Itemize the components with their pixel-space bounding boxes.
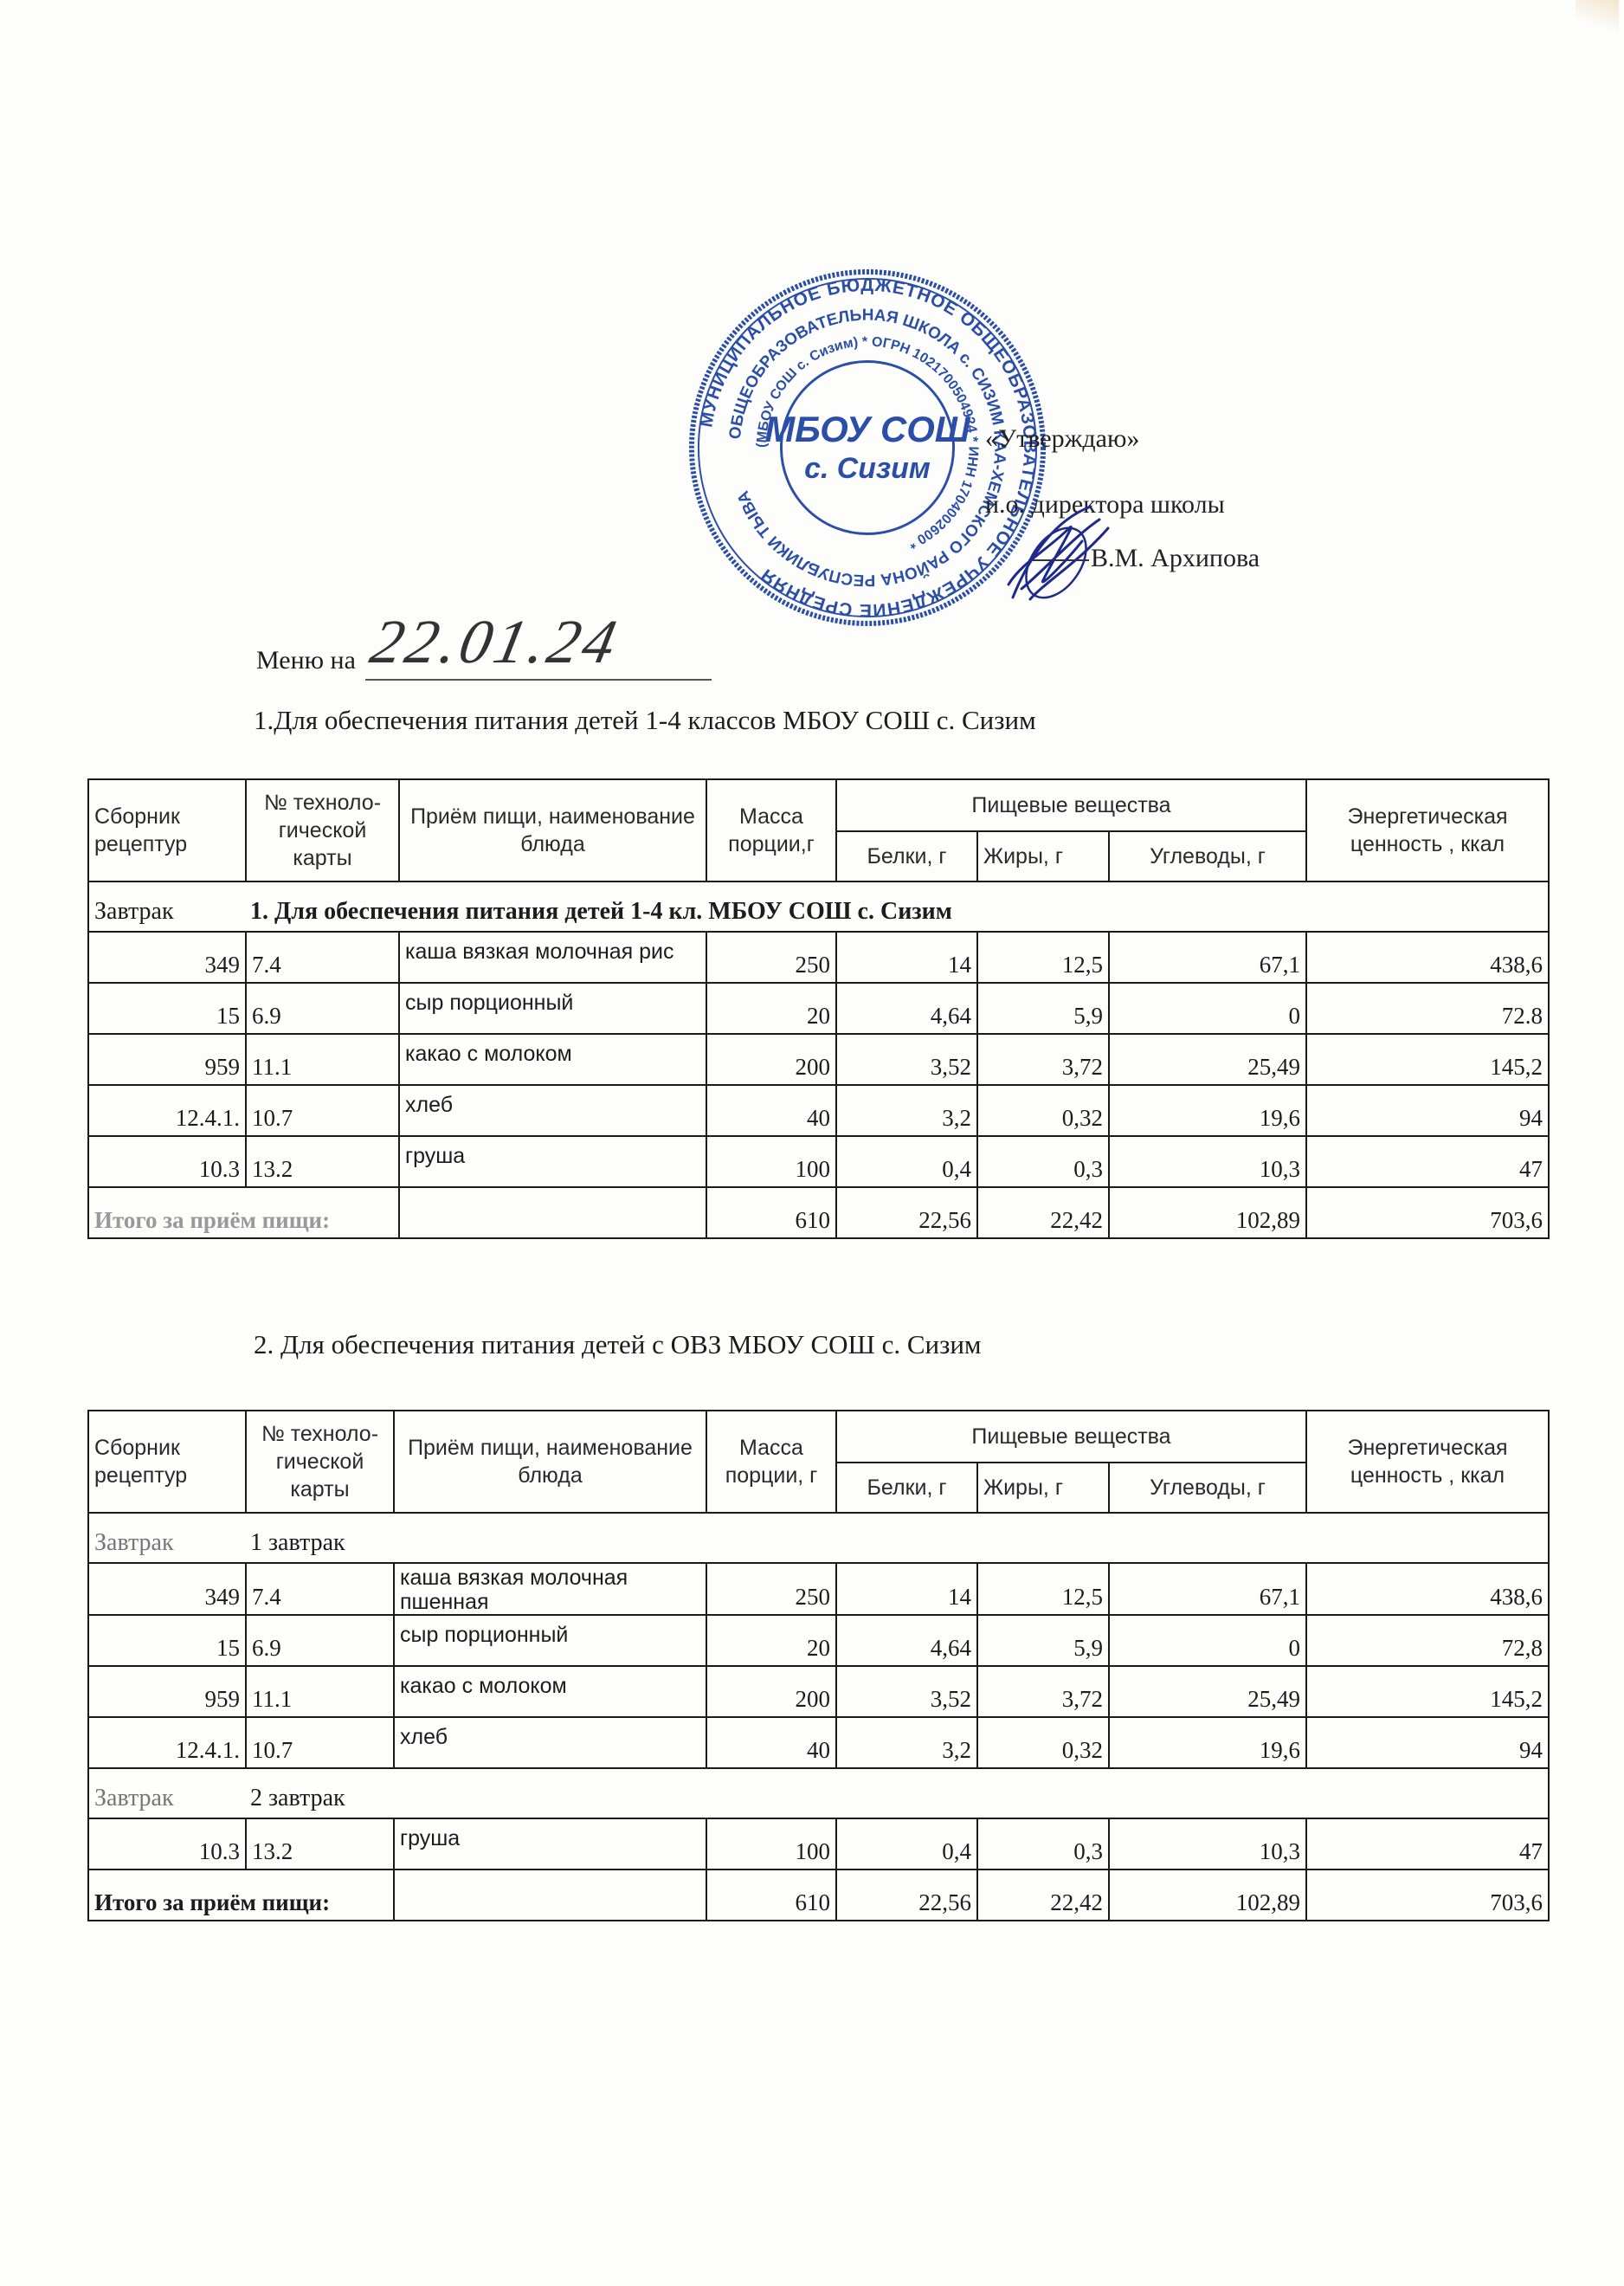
col-nutrients: Пищевые вещества — [836, 779, 1306, 831]
cell-carbs: 19,6 — [1109, 1717, 1306, 1768]
cell-fats: 3,72 — [977, 1666, 1109, 1717]
col-meal-dish: Приём пищи, наименование блюда — [399, 779, 706, 881]
section-label: 1 завтрак — [250, 1529, 345, 1556]
menu-date: 22.01.24 — [364, 606, 626, 678]
total-blank — [399, 1187, 706, 1238]
cell-carbs: 67,1 — [1109, 1563, 1306, 1615]
col-energy: Энергетическая ценность , ккал — [1306, 779, 1549, 881]
cell-dish: хлеб — [394, 1717, 706, 1768]
cell-mass: 20 — [706, 1615, 836, 1666]
cell-proteins: 14 — [836, 932, 977, 983]
cell-carbs: 10,3 — [1109, 1136, 1306, 1187]
table-row: 156.9сыр порционный204,645,9072,8 — [88, 1615, 1549, 1666]
col-fats: Жиры, г — [977, 831, 1109, 881]
table-row: 3497.4каша вязкая молочная пшенная250141… — [88, 1563, 1549, 1615]
total-label: Итого за приём пищи: — [88, 1187, 399, 1238]
cell-collection: 12.4.1. — [88, 1717, 246, 1768]
table1-title: 1.Для обеспечения питания детей 1-4 клас… — [254, 705, 1036, 736]
section-row-2: Завтрак2 завтрак — [88, 1768, 1549, 1818]
cell-fats: 0,32 — [977, 1085, 1109, 1136]
total-energy: 703,6 — [1306, 1187, 1549, 1238]
total-carbs: 102,89 — [1109, 1187, 1306, 1238]
cell-energy: 72,8 — [1306, 1615, 1549, 1666]
menu-label: Меню на — [256, 646, 356, 675]
col-fats: Жиры, г — [977, 1463, 1109, 1513]
col-proteins: Белки, г — [836, 1463, 977, 1513]
cell-proteins: 14 — [836, 1563, 977, 1615]
col-nutrients: Пищевые вещества — [836, 1411, 1306, 1463]
svg-text:с. Сизим: с. Сизим — [804, 452, 931, 485]
cell-tech-card: 11.1 — [246, 1666, 394, 1717]
cell-mass: 40 — [706, 1085, 836, 1136]
cell-energy: 47 — [1306, 1818, 1549, 1869]
cell-proteins: 3,2 — [836, 1717, 977, 1768]
table-row: 95911.1какао с молоком2003,523,7225,4914… — [88, 1666, 1549, 1717]
cell-tech-card: 13.2 — [246, 1136, 399, 1187]
cell-fats: 0,3 — [977, 1136, 1109, 1187]
cell-fats: 5,9 — [977, 983, 1109, 1034]
section-meal: Завтрак — [94, 1785, 250, 1812]
total-fats: 22,42 — [977, 1187, 1109, 1238]
cell-tech-card: 7.4 — [246, 932, 399, 983]
approve-heading: «Утверждаю» — [985, 424, 1139, 454]
table-row: 95911.1какао с молоком2003,523,7225,4914… — [88, 1034, 1549, 1085]
section-meal: Завтрак — [94, 1529, 250, 1557]
cell-energy: 145,2 — [1306, 1666, 1549, 1717]
cell-energy: 438,6 — [1306, 932, 1549, 983]
cell-mass: 200 — [706, 1034, 836, 1085]
cell-carbs: 10,3 — [1109, 1818, 1306, 1869]
total-mass: 610 — [706, 1869, 836, 1921]
cell-collection: 12.4.1. — [88, 1085, 246, 1136]
section-row-1: Завтрак1 завтрак — [88, 1513, 1549, 1563]
cell-carbs: 67,1 — [1109, 932, 1306, 983]
cell-tech-card: 6.9 — [246, 983, 399, 1034]
cell-carbs: 0 — [1109, 1615, 1306, 1666]
cell-fats: 3,72 — [977, 1034, 1109, 1085]
section-meal: Завтрак — [94, 898, 250, 926]
cell-tech-card: 10.7 — [246, 1717, 394, 1768]
cell-dish: каша вязкая молочная пшенная — [394, 1563, 706, 1615]
cell-collection: 15 — [88, 983, 246, 1034]
cell-dish: груша — [399, 1136, 706, 1187]
col-proteins: Белки, г — [836, 831, 977, 881]
cell-mass: 250 — [706, 932, 836, 983]
scan-artifact — [1576, 0, 1619, 35]
cell-fats: 0,32 — [977, 1717, 1109, 1768]
cell-energy: 72.8 — [1306, 983, 1549, 1034]
cell-tech-card: 13.2 — [246, 1818, 394, 1869]
table2-title: 2. Для обеспечения питания детей с ОВЗ М… — [254, 1329, 982, 1360]
section-row: Завтрак1. Для обеспечения питания детей … — [88, 881, 1549, 932]
col-portion-mass: Масса порции,г — [706, 779, 836, 881]
cell-collection: 349 — [88, 1563, 246, 1615]
col-tech-card: № техноло-гической карты — [246, 1411, 394, 1513]
total-proteins: 22,56 — [836, 1869, 977, 1921]
col-energy: Энергетическая ценность , ккал — [1306, 1411, 1549, 1513]
cell-proteins: 3,52 — [836, 1034, 977, 1085]
cell-proteins: 4,64 — [836, 983, 977, 1034]
total-blank — [394, 1869, 706, 1921]
cell-fats: 12,5 — [977, 932, 1109, 983]
table-row: 12.4.1.10.7хлеб403,20,3219,694 — [88, 1717, 1549, 1768]
total-carbs: 102,89 — [1109, 1869, 1306, 1921]
cell-collection: 15 — [88, 1615, 246, 1666]
cell-dish: сыр порционный — [394, 1615, 706, 1666]
svg-text:МБОУ СОШ: МБОУ СОШ — [764, 409, 970, 449]
total-fats: 22,42 — [977, 1869, 1109, 1921]
cell-tech-card: 11.1 — [246, 1034, 399, 1085]
cell-proteins: 0,4 — [836, 1818, 977, 1869]
col-collection: Сборник рецептур — [88, 779, 246, 881]
cell-mass: 20 — [706, 983, 836, 1034]
cell-dish: какао с молоком — [399, 1034, 706, 1085]
table-row: 156.9сыр порционный204,645,9072.8 — [88, 983, 1549, 1034]
col-portion-mass: Масса порции, г — [706, 1411, 836, 1513]
total-proteins: 22,56 — [836, 1187, 977, 1238]
cell-energy: 47 — [1306, 1136, 1549, 1187]
total-label: Итого за приём пищи: — [88, 1869, 394, 1921]
cell-mass: 200 — [706, 1666, 836, 1717]
cell-mass: 40 — [706, 1717, 836, 1768]
cell-energy: 94 — [1306, 1717, 1549, 1768]
cell-mass: 100 — [706, 1818, 836, 1869]
cell-fats: 5,9 — [977, 1615, 1109, 1666]
col-carbs: Углеводы, г — [1109, 831, 1306, 881]
cell-dish: груша — [394, 1818, 706, 1869]
cell-collection: 349 — [88, 932, 246, 983]
cell-mass: 250 — [706, 1563, 836, 1615]
section-label: 2 завтрак — [250, 1785, 345, 1811]
date-underline — [365, 679, 712, 681]
cell-dish: какао с молоком — [394, 1666, 706, 1717]
total-mass: 610 — [706, 1187, 836, 1238]
section-label: 1. Для обеспечения питания детей 1-4 кл.… — [250, 898, 952, 925]
col-meal-dish: Приём пищи, наименование блюда — [394, 1411, 706, 1513]
table-row: 10.313.2груша1000,40,310,347 — [88, 1818, 1549, 1869]
cell-dish: сыр порционный — [399, 983, 706, 1034]
table-row: 10.313.2груша1000,40,310,347 — [88, 1136, 1549, 1187]
table-row: 12.4.1.10.7хлеб403,20,3219,694 — [88, 1085, 1549, 1136]
cell-energy: 145,2 — [1306, 1034, 1549, 1085]
cell-tech-card: 10.7 — [246, 1085, 399, 1136]
cell-proteins: 0,4 — [836, 1136, 977, 1187]
handwritten-signature-icon — [996, 502, 1117, 606]
col-tech-card: № техноло-гической карты — [246, 779, 399, 881]
cell-collection: 10.3 — [88, 1818, 246, 1869]
cell-proteins: 3,52 — [836, 1666, 977, 1717]
cell-carbs: 0 — [1109, 983, 1306, 1034]
cell-proteins: 3,2 — [836, 1085, 977, 1136]
cell-tech-card: 6.9 — [246, 1615, 394, 1666]
cell-carbs: 25,49 — [1109, 1666, 1306, 1717]
cell-collection: 10.3 — [88, 1136, 246, 1187]
cell-dish: каша вязкая молочная рис — [399, 932, 706, 983]
menu-table-ovz: Сборник рецептур № техноло-гической карт… — [87, 1410, 1550, 1921]
total-energy: 703,6 — [1306, 1869, 1549, 1921]
cell-mass: 100 — [706, 1136, 836, 1187]
table-row: 3497.4каша вязкая молочная рис2501412,56… — [88, 932, 1549, 983]
col-collection: Сборник рецептур — [88, 1411, 246, 1513]
cell-collection: 959 — [88, 1666, 246, 1717]
cell-energy: 438,6 — [1306, 1563, 1549, 1615]
col-carbs: Углеводы, г — [1109, 1463, 1306, 1513]
cell-proteins: 4,64 — [836, 1615, 977, 1666]
menu-table-grades-1-4: Сборник рецептур № техноло-гической карт… — [87, 778, 1550, 1239]
cell-dish: хлеб — [399, 1085, 706, 1136]
cell-carbs: 19,6 — [1109, 1085, 1306, 1136]
cell-carbs: 25,49 — [1109, 1034, 1306, 1085]
cell-tech-card: 7.4 — [246, 1563, 394, 1615]
cell-fats: 12,5 — [977, 1563, 1109, 1615]
cell-fats: 0,3 — [977, 1818, 1109, 1869]
cell-energy: 94 — [1306, 1085, 1549, 1136]
cell-collection: 959 — [88, 1034, 246, 1085]
